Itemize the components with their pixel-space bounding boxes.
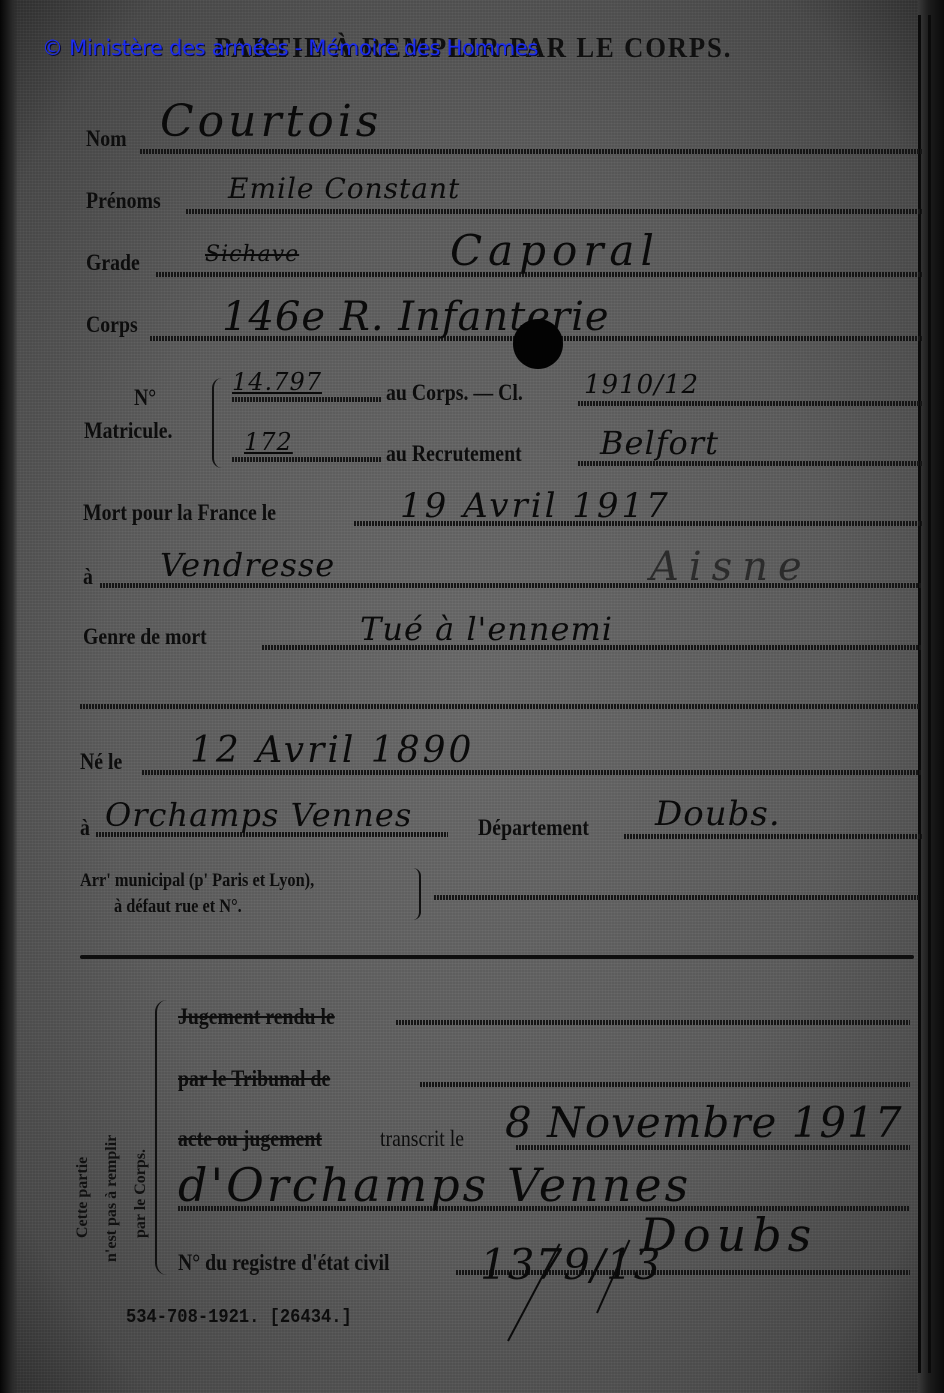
value-classe: 1910/12 (584, 370, 699, 400)
document-scan: PARTIE À REMPLIR PAR LE CORPS. © Ministè… (0, 0, 944, 1393)
frame-line (918, 15, 921, 1373)
label-matricule: Matricule. (84, 418, 172, 444)
dotted-line (186, 209, 922, 214)
value-lieu-naissance: Orchamps Vennes (105, 796, 412, 834)
label-matricule-n: N° (134, 385, 156, 411)
label-acte-jugement-struck: acte ou jugement (178, 1126, 322, 1152)
value-ne-le: 12 Avril 1890 (190, 730, 474, 771)
dotted-line (434, 895, 920, 900)
value-prenoms: Emile Constant (228, 172, 460, 205)
value-grade-struck: Sichave (205, 242, 299, 267)
label-corps: Corps (86, 312, 138, 338)
label-mort: Mort pour la France le (83, 500, 276, 526)
label-ne-le: Né le (80, 749, 122, 775)
label-lieu-naissance: à (80, 815, 90, 841)
label-nom: Nom (86, 126, 127, 152)
dotted-line (232, 457, 382, 462)
value-matricule-corps: 14.797 (232, 368, 322, 396)
value-registre-departement: Doubs (640, 1208, 817, 1262)
value-departement-mort: Aisne (650, 544, 812, 590)
brace (155, 1000, 167, 1275)
label-au-corps: au Corps. — Cl. (386, 380, 523, 406)
label-arrondissement: Arr' municipal (p' Paris et Lyon), (80, 870, 314, 892)
value-transcription-date: 8 Novembre 1917 (505, 1098, 903, 1147)
label-arrondissement-2: à défaut rue et N°. (114, 896, 242, 918)
side-note-line2: n'est pas à remplir (103, 1135, 121, 1262)
section-separator (80, 955, 914, 959)
copyright-watermark: © Ministère des armées - Mémoire des Hom… (42, 36, 538, 60)
label-departement: Département (478, 815, 589, 841)
value-grade: Caporal (450, 226, 660, 275)
label-tribunal: par le Tribunal de (178, 1066, 330, 1092)
dotted-line (396, 1020, 910, 1025)
label-grade: Grade (86, 250, 140, 276)
dotted-line (578, 401, 922, 406)
value-registre: 1379/13 (480, 1240, 661, 1289)
dotted-line (140, 149, 922, 154)
dotted-line (80, 704, 920, 709)
label-genre-mort: Genre de mort (83, 624, 207, 650)
value-lieu-mort: Vendresse (160, 546, 335, 584)
side-note-line1: Cette partie (74, 1157, 92, 1238)
form-reference-code: 534-708-1921. [26434.] (126, 1306, 352, 1328)
value-nom: Courtois (160, 96, 382, 147)
dotted-line (624, 834, 922, 839)
side-note-line3: par le Corps. (132, 1149, 150, 1238)
value-transcription-commune: d'Orchamps Vennes (178, 1158, 691, 1212)
value-departement-naissance: Doubs. (655, 794, 781, 834)
label-prenoms: Prénoms (86, 188, 161, 214)
label-transcrit-le: transcrit le (380, 1126, 464, 1152)
value-genre-mort: Tué à l'ennemi (360, 610, 613, 648)
label-au-recrutement: au Recrutement (386, 441, 522, 467)
value-matricule-recrutement: 172 (244, 428, 293, 456)
frame-line (928, 15, 931, 1373)
label-jugement-rendu: Jugement rendu le (178, 1004, 335, 1030)
left-scan-shadow (0, 0, 18, 1393)
value-mort-date: 19 Avril 1917 (400, 486, 671, 526)
brace (212, 378, 222, 468)
label-registre: N° du registre d'état civil (178, 1250, 390, 1276)
label-lieu-mort: à (83, 564, 93, 590)
dotted-line (232, 397, 382, 402)
ink-blot (513, 319, 563, 369)
dotted-line (420, 1082, 910, 1087)
brace (413, 868, 421, 920)
value-recrutement: Belfort (600, 424, 719, 462)
